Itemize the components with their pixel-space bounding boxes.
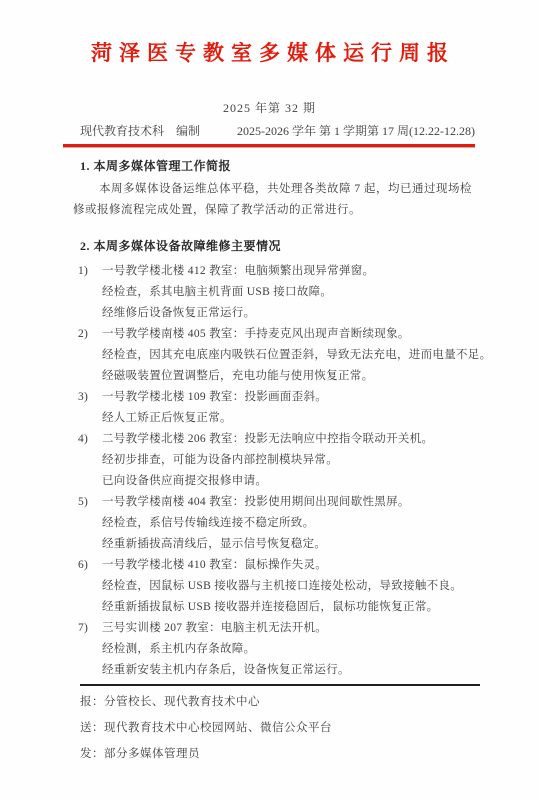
fault-item-line: 经磁吸装置位置调整后，充电功能与使用恢复正常。 <box>102 366 509 387</box>
fault-item-line: 二号教学楼北楼 206 教室：投影无法响应中控指令联动开关机。 <box>102 429 509 450</box>
issue-number: 2025 年第 32 期 <box>0 100 539 116</box>
fault-item-lines: 二号教学楼北楼 206 教室：投影无法响应中控指令联动开关机。经初步排查，可能为… <box>102 429 509 492</box>
fault-item: 7)三号实训楼 207 教室：电脑主机无法开机。经检测，系主机内存条故障。经重新… <box>78 618 509 681</box>
fault-item-line: 经重新插拔高清线后，显示信号恢复稳定。 <box>102 534 509 555</box>
fault-item-line: 一号教学楼北楼 109 教室：投影画面歪斜。 <box>102 387 509 408</box>
fault-item: 5)一号教学楼南楼 404 教室：投影使用期间出现间歇性黑屏。经检查，系信号传输… <box>78 492 509 555</box>
report-page: 菏泽医专教室多媒体运行周报 2025 年第 32 期 现代教育技术科 编制 20… <box>0 0 539 800</box>
footer-rule <box>80 684 480 686</box>
fault-item: 6)一号教学楼北楼 410 教室：鼠标操作失灵。经检查，因鼠标 USB 接收器与… <box>78 555 509 618</box>
semester-week-label: 2025-2026 学年 第 1 学期第 17 周(12.22-12.28) <box>237 123 475 139</box>
fault-item-number: 2) <box>78 324 102 387</box>
report-title: 菏泽医专教室多媒体运行周报 <box>0 40 539 66</box>
compiler-credit: 现代教育技术科 编制 <box>80 123 200 139</box>
fault-item-number: 7) <box>78 618 102 681</box>
fault-list: 1)一号教学楼北楼 412 教室：电脑频繁出现异常弹窗。经检查，系其电脑主机背面… <box>78 261 509 681</box>
footer-label: 报： <box>80 696 104 708</box>
fault-item-lines: 一号教学楼北楼 410 教室：鼠标操作失灵。经检查，因鼠标 USB 接收器与主机… <box>102 555 509 618</box>
fault-item-line: 一号教学楼南楼 405 教室：手持麦克风出现声音断续现象。 <box>102 324 509 345</box>
fault-item-lines: 一号教学楼南楼 404 教室：投影使用期间出现间歇性黑屏。经检查，系信号传输线连… <box>102 492 509 555</box>
fault-item-number: 1) <box>78 261 102 324</box>
fault-item-line: 三号实训楼 207 教室：电脑主机无法开机。 <box>102 618 509 639</box>
fault-item: 2)一号教学楼南楼 405 教室：手持麦克风出现声音断续现象。经检查，因其充电底… <box>78 324 509 387</box>
fault-item-number: 3) <box>78 387 102 429</box>
fault-item-lines: 三号实训楼 207 教室：电脑主机无法开机。经检测，系主机内存条故障。经重新安装… <box>102 618 509 681</box>
fault-item-number: 6) <box>78 555 102 618</box>
masthead-info-row: 现代教育技术科 编制 2025-2026 学年 第 1 学期第 17 周(12.… <box>80 123 475 139</box>
fault-item-line: 经检查，系其电脑主机背面 USB 接口故障。 <box>102 282 509 303</box>
fault-item: 1)一号教学楼北楼 412 教室：电脑频繁出现异常弹窗。经检查，系其电脑主机背面… <box>78 261 509 324</box>
fault-item-lines: 一号教学楼南楼 405 教室：手持麦克风出现声音断续现象。经检查，因其充电底座内… <box>102 324 509 387</box>
footer-row-report-to: 报：分管校长、现代教育技术中心 <box>80 694 509 710</box>
fault-item-line: 一号教学楼南楼 404 教室：投影使用期间出现间歇性黑屏。 <box>102 492 509 513</box>
footer-label: 送： <box>80 722 104 734</box>
fault-item-lines: 一号教学楼北楼 412 教室：电脑频繁出现异常弹窗。经检查，系其电脑主机背面 U… <box>102 261 509 324</box>
footer-row-send-to: 送：现代教育技术中心校园网站、微信公众平台 <box>80 720 509 736</box>
section1-paragraph: 本周多媒体设备运维总体平稳，共处理各类故障 7 起，均已通过现场检修或报修流程完… <box>73 179 475 221</box>
fault-item-line: 一号教学楼北楼 412 教室：电脑频繁出现异常弹窗。 <box>102 261 509 282</box>
fault-item-line: 经重新插拔鼠标 USB 接收器并连接稳固后，鼠标功能恢复正常。 <box>102 597 509 618</box>
fault-item-lines: 一号教学楼北楼 109 教室：投影画面歪斜。经人工矫正后恢复正常。 <box>102 387 509 429</box>
fault-item-line: 经初步排查，可能为设备内部控制模块异常。 <box>102 450 509 471</box>
distribution-footer: 报：分管校长、现代教育技术中心 送：现代教育技术中心校园网站、微信公众平台 发：… <box>80 694 509 762</box>
section1-heading: 1. 本周多媒体管理工作简报 <box>80 158 499 174</box>
fault-item-line: 经检查，因其充电底座内吸铁石位置歪斜，导致无法充电，进而电量不足。 <box>102 345 509 366</box>
fault-item: 4)二号教学楼北楼 206 教室：投影无法响应中控指令联动开关机。经初步排查，可… <box>78 429 509 492</box>
fault-item-number: 4) <box>78 429 102 492</box>
fault-item-number: 5) <box>78 492 102 555</box>
fault-item-line: 经人工矫正后恢复正常。 <box>102 408 509 429</box>
fault-item: 3)一号教学楼北楼 109 教室：投影画面歪斜。经人工矫正后恢复正常。 <box>78 387 509 429</box>
fault-item-line: 经重新安装主机内存条后，设备恢复正常运行。 <box>102 660 509 681</box>
fault-item-line: 一号教学楼北楼 410 教室：鼠标操作失灵。 <box>102 555 509 576</box>
header-rule <box>63 144 475 147</box>
fault-item-line: 经检测，系主机内存条故障。 <box>102 639 509 660</box>
footer-row-issue-to: 发：部分多媒体管理员 <box>80 746 509 762</box>
fault-item-line: 经维修后设备恢复正常运行。 <box>102 303 509 324</box>
fault-item-line: 经检查，因鼠标 USB 接收器与主机接口连接处松动，导致接触不良。 <box>102 576 509 597</box>
footer-label: 发： <box>80 748 104 760</box>
footer-text: 现代教育技术中心校园网站、微信公众平台 <box>104 722 332 734</box>
footer-text: 部分多媒体管理员 <box>104 748 200 760</box>
fault-item-line: 已向设备供应商提交报修申请。 <box>102 471 509 492</box>
footer-text: 分管校长、现代教育技术中心 <box>104 696 260 708</box>
section2-heading: 2. 本周多媒体设备故障维修主要情况 <box>80 238 499 254</box>
fault-item-line: 经检查，系信号传输线连接不稳定所致。 <box>102 513 509 534</box>
